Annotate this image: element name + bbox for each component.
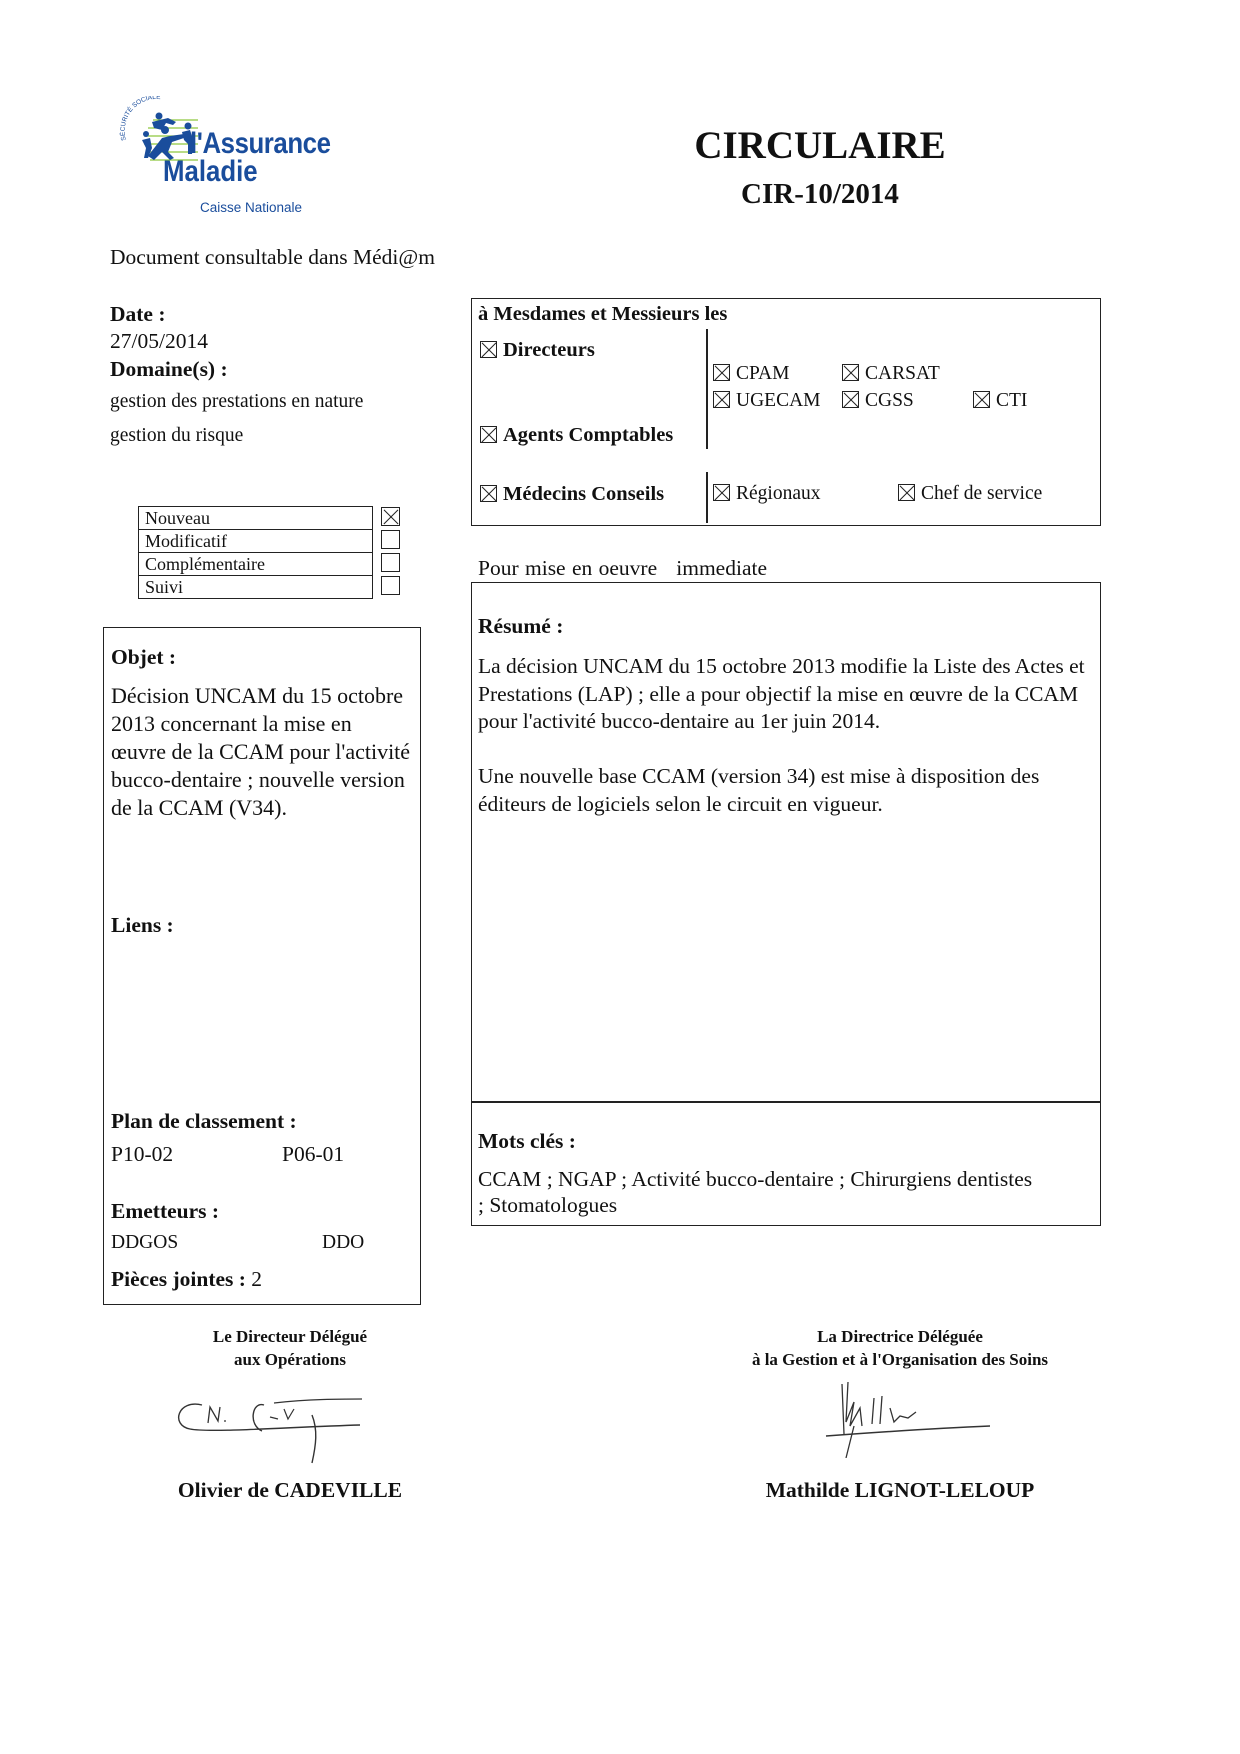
checkbox-checked-icon[interactable] — [842, 364, 859, 381]
issuers-label: Emetteurs : — [111, 1198, 412, 1224]
addressee-agents-comptables[interactable]: Agents Comptables — [480, 424, 673, 447]
objet-label: Objet : — [111, 644, 412, 670]
checkbox-checked-icon[interactable] — [480, 341, 497, 358]
logo-line1: l'Assurance — [190, 130, 331, 158]
document-title: CIRCULAIRE — [600, 124, 1040, 168]
signature-icon — [170, 1385, 370, 1465]
resume-box: Résumé : La décision UNCAM du 15 octobre… — [471, 582, 1101, 1226]
date-value: 27/05/2014 — [110, 328, 208, 354]
document-type-table: Nouveau Modificatif Complémentaire Suivi — [138, 506, 401, 599]
divider — [706, 329, 708, 449]
type-label: Suivi — [139, 576, 373, 599]
classification-label: Plan de classement : — [111, 1108, 412, 1134]
resume-paragraph: Une nouvelle base CCAM (version 34) est … — [478, 763, 1088, 818]
signatory-name: Olivier de CADEVILLE — [140, 1478, 440, 1503]
assurance-maladie-logo: SÉCURITÉ SOCIALE l'Assurance Maladie Cai… — [118, 96, 368, 216]
org-carsat[interactable]: CARSAT — [842, 363, 940, 385]
document-reference: CIR-10/2014 — [600, 178, 1040, 210]
type-label: Nouveau — [139, 507, 373, 530]
type-row-suivi: Suivi — [139, 576, 401, 599]
objet-box: Objet : Décision UNCAM du 15 octobre 201… — [103, 627, 421, 1305]
domain-item: gestion du risque — [110, 423, 243, 449]
resume-paragraph: La décision UNCAM du 15 octobre 2013 mod… — [478, 653, 1088, 736]
addressee-medecins-conseils[interactable]: Médecins Conseils — [480, 483, 664, 506]
checkbox-checked-icon[interactable] — [713, 484, 730, 501]
attachments: Pièces jointes : 2 — [111, 1266, 412, 1292]
checkbox-checked-icon[interactable] — [480, 485, 497, 502]
checkbox-checked-icon[interactable] — [898, 484, 915, 501]
org-cpam[interactable]: CPAM — [713, 363, 789, 385]
domain-item: gestion des prestations en nature — [110, 389, 363, 415]
signature-icon — [820, 1378, 1000, 1458]
addressee-directeurs[interactable]: Directeurs — [480, 339, 595, 362]
logo-line2: Maladie — [163, 158, 258, 186]
checkbox-checked-icon[interactable] — [973, 391, 990, 408]
type-label: Modificatif — [139, 530, 373, 553]
checkbox-checked-icon[interactable] — [713, 391, 730, 408]
signatory-title: La Directrice Déléguée à la Gestion et à… — [700, 1325, 1100, 1371]
classification-code: P10-02 — [111, 1141, 173, 1167]
type-label: Complémentaire — [139, 553, 373, 576]
type-row-modificatif: Modificatif — [139, 530, 401, 553]
divider — [706, 472, 708, 523]
implementation-note: Pour mise en oeuvre immediate — [478, 556, 767, 581]
resume-label: Résumé : — [478, 613, 1088, 641]
keywords: CCAM ; NGAP ; Activité bucco-dentaire ; … — [478, 1166, 1040, 1218]
svg-text:SÉCURITÉ SOCIALE: SÉCURITÉ SOCIALE — [118, 96, 161, 141]
checkbox-checked-icon[interactable] — [842, 391, 859, 408]
medical-regionaux[interactable]: Régionaux — [713, 483, 820, 505]
checkbox-empty-icon[interactable] — [381, 576, 400, 595]
keywords-label: Mots clés : — [478, 1128, 1088, 1156]
addressees-box: à Mesdames et Messieurs les Directeurs A… — [471, 298, 1101, 526]
addressees-heading: à Mesdames et Messieurs les — [478, 303, 727, 326]
signatory-title: Le Directeur Délégué aux Opérations — [140, 1325, 440, 1371]
links-label: Liens : — [111, 912, 412, 938]
classification-code: P06-01 — [282, 1141, 344, 1167]
org-cti[interactable]: CTI — [973, 390, 1027, 412]
logo-subtitle: Caisse Nationale — [200, 200, 302, 215]
type-row-nouveau: Nouveau — [139, 507, 401, 530]
checkbox-empty-icon[interactable] — [381, 553, 400, 572]
org-ugecam[interactable]: UGECAM — [713, 390, 821, 412]
objet-text: Décision UNCAM du 15 octobre 2013 concer… — [111, 682, 412, 822]
medical-chef-de-service[interactable]: Chef de service — [898, 483, 1042, 505]
checkbox-checked-icon[interactable] — [713, 364, 730, 381]
signatory-name: Mathilde LIGNOT-LELOUP — [700, 1478, 1100, 1503]
issuer: DDGOS — [111, 1230, 178, 1256]
consultation-note: Document consultable dans Médi@m — [110, 245, 435, 270]
org-cgss[interactable]: CGSS — [842, 390, 914, 412]
date-label: Date : — [110, 301, 166, 327]
checkbox-checked-icon[interactable] — [381, 507, 400, 526]
checkbox-empty-icon[interactable] — [381, 530, 400, 549]
domains-label: Domaine(s) : — [110, 356, 228, 382]
type-row-complementaire: Complémentaire — [139, 553, 401, 576]
divider — [472, 1101, 1100, 1103]
issuer: DDO — [322, 1230, 364, 1256]
checkbox-checked-icon[interactable] — [480, 426, 497, 443]
